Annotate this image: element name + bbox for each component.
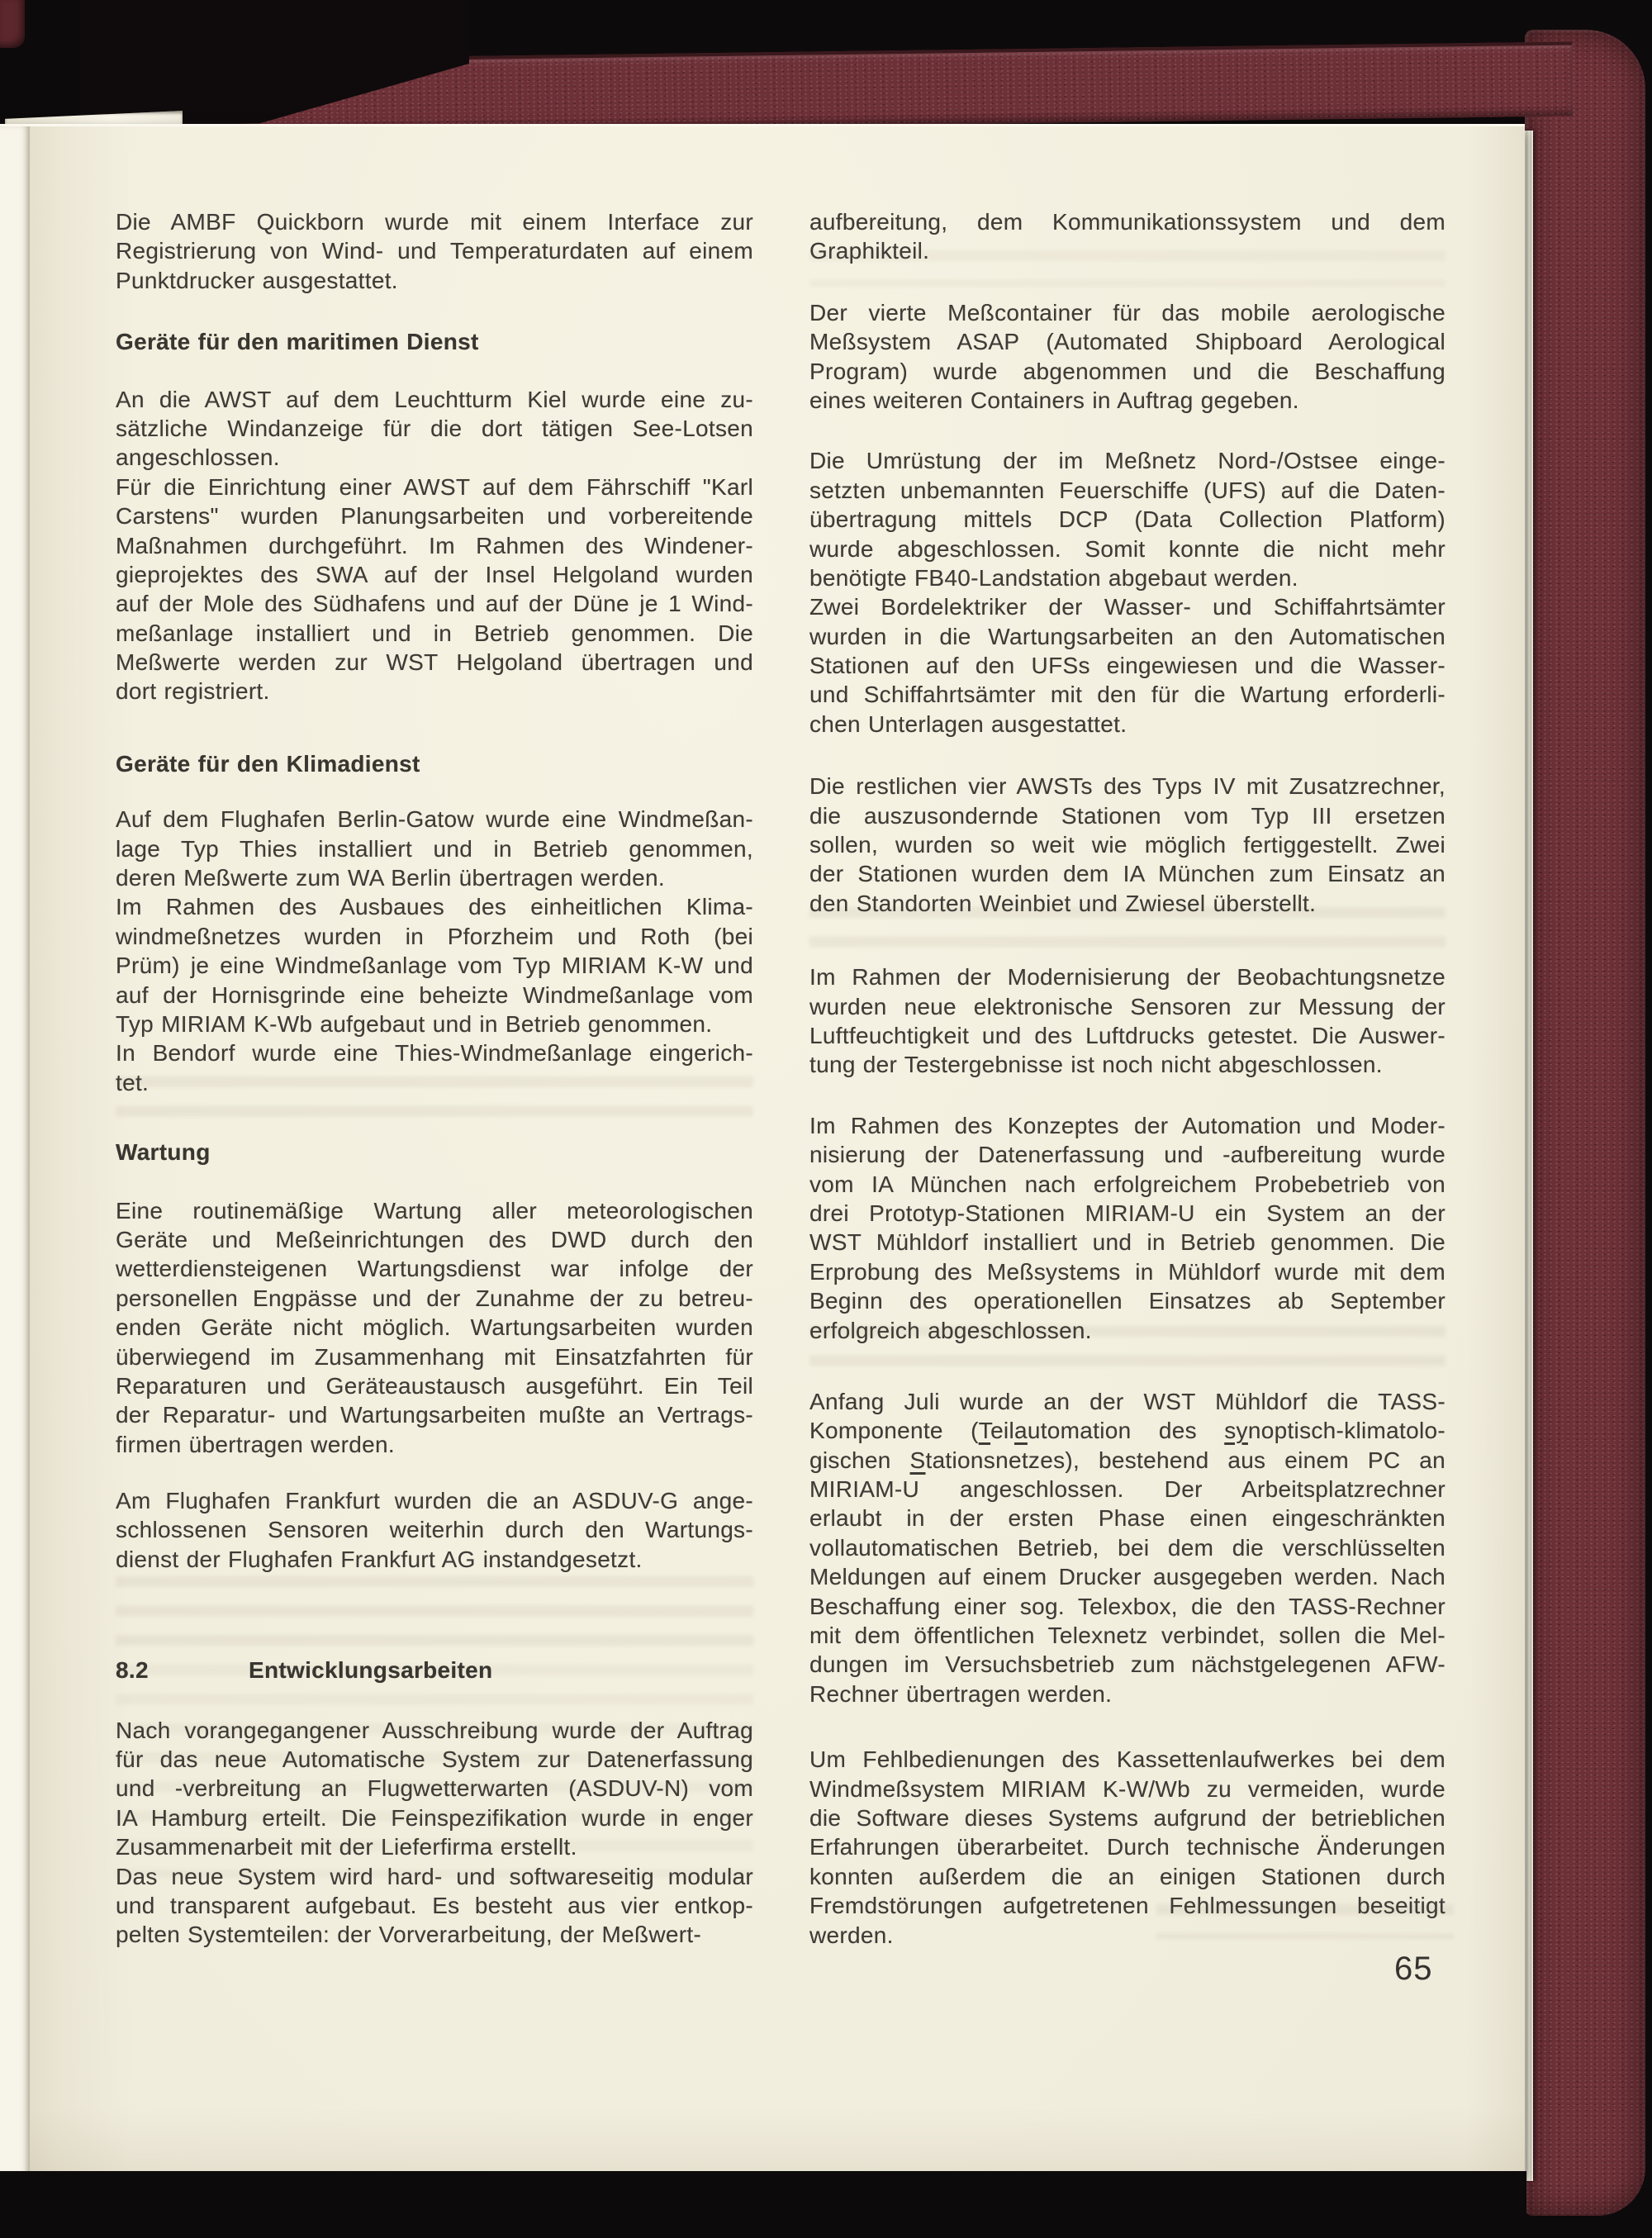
text-line: werden. (809, 1921, 1445, 1950)
text-line: eines weiteren Containers in Auftrag geg… (809, 386, 1445, 415)
text-line: An die AWST auf dem Leuchtturm Kiel wurd… (116, 385, 753, 414)
paragraph: Im Rahmen des Konzeptes der Automation u… (809, 1111, 1445, 1345)
text-column-right: aufbereitung, dem Kommunikationssystem u… (809, 126, 1445, 1950)
text-line: Meßwerte werden zur WST Helgoland übertr… (116, 648, 753, 677)
text-line: Registrierung von Wind- und Temperaturda… (116, 236, 753, 265)
text-line: wetterdiensteigenen Wartungsdienst war i… (116, 1254, 753, 1283)
text-line: Meldungen auf einem Drucker ausgegeben w… (809, 1562, 1445, 1591)
text-line: gischen Stationsnetzes), bestehend aus e… (809, 1446, 1445, 1475)
text-line: Zwei Bordelektriker der Wasser- und Schi… (809, 592, 1445, 621)
text-line: gieprojektes des SWA auf der Insel Helgo… (116, 560, 753, 589)
section-heading: Geräte für den maritimen Dienst (116, 327, 753, 356)
text-line: Die AMBF Quickborn wurde mit einem Inter… (116, 207, 753, 236)
text-line: dienst der Flughafen Frankfurt AG instan… (116, 1545, 753, 1574)
text-line: der Reparatur- und Wartungsarbeiten mußt… (116, 1400, 753, 1429)
paragraph: Der vierte Meßcontainer für das mobile a… (809, 298, 1445, 416)
text-line: enden Geräte nicht möglich. Wartungsarbe… (116, 1313, 753, 1342)
section-heading: 8.2Entwicklungsarbeiten (116, 1656, 753, 1684)
text-line: übertragung mittels DCP (Data Collection… (809, 505, 1445, 534)
text-line: und transparent aufgebaut. Es besteht au… (116, 1891, 753, 1920)
text-line: nisierung der Datenerfassung und -aufber… (809, 1140, 1445, 1169)
text-line: Der vierte Meßcontainer für das mobile a… (809, 298, 1445, 327)
text-line: Im Rahmen der Modernisierung der Beobach… (809, 962, 1445, 991)
text-line: sätzliche Windanzeige für die dort tätig… (116, 414, 753, 443)
text-line: Die restlichen vier AWSTs des Typs IV mi… (809, 772, 1445, 801)
text-line: In Bendorf wurde eine Thies-Windmeßanlag… (116, 1038, 753, 1067)
text-line: Fremdstörungen aufgetretenen Fehlmessung… (809, 1891, 1445, 1920)
text-line: Reparaturen und Geräteaustausch ausgefüh… (116, 1371, 753, 1400)
text-line: Carstens" wurden Planungsarbeiten und vo… (116, 501, 753, 530)
text-line: Das neue System wird hard- und softwares… (116, 1862, 753, 1891)
text-line: Prüm) je eine Windmeßanlage vom Typ MIRI… (116, 951, 753, 980)
text-line: erlaubt in der ersten Phase einen einges… (809, 1504, 1445, 1532)
text-line: Erprobung des Meßsystems in Mühldorf wur… (809, 1257, 1445, 1286)
text-line: mit dem öffentlichen Telexnetz verbindet… (809, 1621, 1445, 1650)
text-line: auf der Mole des Südhafens und auf der D… (116, 589, 753, 618)
paragraph: Die AMBF Quickborn wurde mit einem Inter… (116, 207, 753, 295)
paragraph: Um Fehlbedienungen des Kassettenlaufwerk… (809, 1745, 1445, 1950)
text-line: Program) wurde abgenommen und die Bescha… (809, 357, 1445, 386)
text-line: für das neue Automatische System zur Dat… (116, 1745, 753, 1774)
text-line: Typ MIRIAM K-Wb aufgebaut und in Betrieb… (116, 1010, 753, 1038)
text-line: Meßsystem ASAP (Automated Shipboard Aero… (809, 327, 1445, 356)
text-line: benötigte FB40-Landstation abgebaut werd… (809, 563, 1445, 592)
text-line: konnten außerdem die an einigen Statione… (809, 1862, 1445, 1891)
text-line: meßanlage installiert und in Betrieb gen… (116, 619, 753, 648)
text-line: tet. (116, 1068, 753, 1097)
paragraph: Die Umrüstung der im Meßnetz Nord-/Ostse… (809, 446, 1445, 739)
text-line: überwiegend im Zusammenhang mit Einsatzf… (116, 1342, 753, 1371)
text-line: Zusammenarbeit mit der Lieferfirma erste… (116, 1832, 753, 1861)
page-number: 65 (1394, 1951, 1433, 1987)
text-line: windmeßnetzes wurden in Pforzheim und Ro… (116, 922, 753, 951)
text-line: firmen übertragen werden. (116, 1430, 753, 1459)
text-line: pelten Systemteilen: der Vorverarbeitung… (116, 1920, 753, 1949)
paragraph: aufbereitung, dem Kommunikationssystem u… (809, 207, 1445, 266)
text-line: dungen im Versuchsbetrieb zum nächstgele… (809, 1650, 1445, 1679)
text-line: den Standorten Weinbiet und Zwiesel über… (809, 889, 1445, 918)
text-line: IA Hamburg erteilt. Die Feinspezifikatio… (116, 1803, 753, 1832)
scanned-book-photo: { "colors":{"background":"#0d0a0b","cove… (0, 0, 1652, 2238)
section-heading: Geräte für den Klimadienst (116, 749, 753, 778)
paragraph: Am Flughafen Frankfurt wurden die an ASD… (116, 1486, 753, 1574)
text-line: und Schiffahrtsämter mit den für die War… (809, 680, 1445, 709)
section-number: 8.2 (116, 1656, 249, 1684)
page-gutter-edge (0, 126, 30, 2174)
bottom-background (0, 2171, 1526, 2238)
text-line: auf der Hornisgrinde eine beheizte Windm… (116, 981, 753, 1010)
text-line: Stationen auf den UFSs eingewiesen und d… (809, 651, 1445, 680)
text-line: Punktdrucker ausgestattet. (116, 266, 753, 295)
text-line: Rechner übertragen werden. (809, 1680, 1445, 1708)
text-line: wurden neue elektronische Sensoren zur M… (809, 992, 1445, 1021)
text-line: vom IA München nach erfolgreichem Probeb… (809, 1170, 1445, 1199)
text-line: wurde abgeschlossen. Somit konnte die ni… (809, 535, 1445, 563)
text-line: erfolgreich abgeschlossen. (809, 1316, 1445, 1345)
text-line: Beschaffung einer sog. Telexbox, die den… (809, 1592, 1445, 1621)
text-line: Am Flughafen Frankfurt wurden die an ASD… (116, 1486, 753, 1515)
text-line: deren Meßwerte zum WA Berlin übertragen … (116, 863, 753, 892)
text-line: setzten unbemannten Feuerschiffe (UFS) a… (809, 476, 1445, 505)
text-line: Die Umrüstung der im Meßnetz Nord-/Ostse… (809, 446, 1445, 475)
book-cover-right-edge (1525, 30, 1645, 2216)
book-cover-corner-patch (0, 0, 25, 48)
text-line: Nach vorangegangener Ausschreibung wurde… (116, 1716, 753, 1745)
text-line: dort registriert. (116, 677, 753, 706)
text-line: die Software dieses Systems aufgrund der… (809, 1803, 1445, 1832)
text-line: personellen Engpässe und der Zunahme der… (116, 1284, 753, 1313)
text-line: Beginn des operationellen Einsatzes ab S… (809, 1286, 1445, 1315)
section-title: Entwicklungsarbeiten (249, 1657, 492, 1683)
report-page: Die AMBF Quickborn wurde mit einem Inter… (0, 124, 1525, 2174)
text-line: Eine routinemäßige Wartung aller meteoro… (116, 1196, 753, 1225)
paragraph: Auf dem Flughafen Berlin-Gatow wurde ein… (116, 805, 753, 1097)
text-line: Im Rahmen des Ausbaues des einheitlichen… (116, 892, 753, 921)
text-line: Graphikteil. (809, 236, 1445, 265)
text-line: Für die Einrichtung einer AWST auf dem F… (116, 473, 753, 501)
text-line: MIRIAM-U angeschlossen. Der Arbeitsplatz… (809, 1475, 1445, 1504)
text-line: sollen, wurden so weit wie möglich ferti… (809, 830, 1445, 859)
text-line: Im Rahmen des Konzeptes der Automation u… (809, 1111, 1445, 1140)
text-line: chen Unterlagen ausgestattet. (809, 710, 1445, 739)
text-line: vollautomatischen Betrieb, bei dem die v… (809, 1533, 1445, 1562)
text-line: lage Typ Thies installiert und in Betrie… (116, 834, 753, 863)
text-line: aufbereitung, dem Kommunikationssystem u… (809, 207, 1445, 236)
section-heading: Wartung (116, 1138, 753, 1167)
text-line: schlossenen Sensoren weiterhin durch den… (116, 1515, 753, 1544)
text-line: Windmeßsystem MIRIAM K-W/Wb zu vermeiden… (809, 1775, 1445, 1803)
text-line: der Stationen wurden dem IA München zum … (809, 859, 1445, 888)
text-line: Auf dem Flughafen Berlin-Gatow wurde ein… (116, 805, 753, 834)
paragraph: An die AWST auf dem Leuchtturm Kiel wurd… (116, 385, 753, 706)
text-line: wurden in die Wartungsarbeiten an den Au… (809, 622, 1445, 651)
text-line: Maßnahmen durchgeführt. Im Rahmen des Wi… (116, 531, 753, 560)
text-line: angeschlossen. (116, 443, 753, 472)
text-line: drei Prototyp-Stationen MIRIAM-U ein Sys… (809, 1199, 1445, 1228)
paragraph: Eine routinemäßige Wartung aller meteoro… (116, 1196, 753, 1460)
paragraph: Nach vorangegangener Ausschreibung wurde… (116, 1716, 753, 1950)
text-line: Um Fehlbedienungen des Kassettenlaufwerk… (809, 1745, 1445, 1774)
text-column-left: Die AMBF Quickborn wurde mit einem Inter… (116, 126, 753, 1950)
text-line: Luftfeuchtigkeit und des Luftdrucks gete… (809, 1021, 1445, 1050)
text-line: WST Mühldorf installiert und in Betrieb … (809, 1228, 1445, 1257)
text-line: Anfang Juli wurde an der WST Mühldorf di… (809, 1387, 1445, 1416)
text-line: Komponente (Teilautomation des synoptisc… (809, 1416, 1445, 1445)
text-line: die auszusondernde Stationen vom Typ III… (809, 801, 1445, 830)
paragraph: Anfang Juli wurde an der WST Mühldorf di… (809, 1387, 1445, 1708)
text-line: tung der Testergebnisse ist noch nicht a… (809, 1050, 1445, 1079)
text-line: Geräte und Meßeinrichtungen des DWD durc… (116, 1225, 753, 1254)
paragraph: Im Rahmen der Modernisierung der Beobach… (809, 962, 1445, 1080)
text-line: und -verbreitung an Flugwetterwarten (AS… (116, 1774, 753, 1803)
text-line: Erfahrungen überarbeitet. Durch technisc… (809, 1832, 1445, 1861)
paragraph: Die restlichen vier AWSTs des Typs IV mi… (809, 772, 1445, 918)
